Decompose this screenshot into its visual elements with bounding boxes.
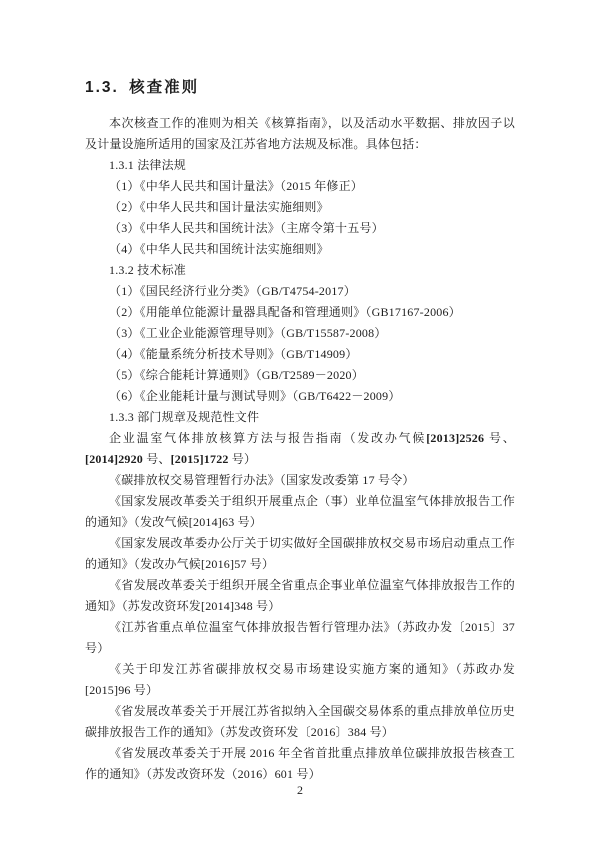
reference-paragraph: 《国家发展改革委关于组织开展重点企（事）业单位温室气体排放报告工作的通知》（发改… <box>85 491 515 533</box>
list-item: （4）《能量系统分析技术导则》（GB/T14909） <box>85 344 515 365</box>
bold-citation: [2013]2526 <box>426 431 484 445</box>
subsection-heading: 1.3.1 法律法规 <box>85 155 515 176</box>
list-item: （3）《工业企业能源管理导则》（GB/T15587-2008） <box>85 323 515 344</box>
list-item: （2）《用能单位能源计量器具配备和管理通则》（GB17167-2006） <box>85 302 515 323</box>
page-title: 1.3. 核查准则 <box>85 77 515 99</box>
bold-citation: [2015]1722 <box>171 452 229 466</box>
list-item: （6）《企业能耗计量与测试导则》（GB/T6422－2009） <box>85 386 515 407</box>
text-run: 号、 <box>484 431 515 445</box>
reference-paragraph: 《省发展改革委关于开展江苏省拟纳入全国碳交易体系的重点排放单位历史碳排放报告工作… <box>85 701 515 743</box>
list-item: （3）《中华人民共和国统计法》（主席令第十五号） <box>85 218 515 239</box>
page-number: 2 <box>0 782 600 798</box>
document-content: 1.3. 核查准则 本次核查工作的准则为相关《核算指南》，以及活动水平数据、排放… <box>85 77 515 785</box>
intro-paragraph: 本次核查工作的准则为相关《核算指南》，以及活动水平数据、排放因子以及计量设施所适… <box>85 113 515 155</box>
document-page: { "page": { "number": "2" }, "colors": {… <box>0 0 600 849</box>
list-item: （2）《中华人民共和国计量法实施细则》 <box>85 197 515 218</box>
subsection-heading: 1.3.2 技术标准 <box>85 260 515 281</box>
text-run: 号、 <box>143 452 171 466</box>
list-item: （4）《中华人民共和国统计法实施细则》 <box>85 239 515 260</box>
reference-paragraph: 《关于印发江苏省碳排放权交易市场建设实施方案的通知》（苏政办发[2015]96 … <box>85 659 515 701</box>
reference-paragraph: 《国家发展改革委办公厅关于切实做好全国碳排放权交易市场启动重点工作的通知》（发改… <box>85 533 515 575</box>
text-run: 企业温室气体排放核算方法与报告指南（发改办气候 <box>109 431 426 445</box>
list-item: （1）《中华人民共和国计量法》（2015 年修正） <box>85 176 515 197</box>
bold-citation: [2014]2920 <box>85 452 143 466</box>
reference-paragraph: 《省发展改革委关于开展 2016 年全省首批重点排放单位碳排放报告核查工作的通知… <box>85 743 515 785</box>
text-run: 号） <box>229 452 257 466</box>
list-item: （5）《综合能耗计算通则》（GB/T2589－2020） <box>85 365 515 386</box>
list-item: （1）《国民经济行业分类》（GB/T4754-2017） <box>85 281 515 302</box>
reference-paragraph: 《碳排放权交易管理暂行办法》（国家发改委第 17 号令） <box>85 470 515 491</box>
subsection-heading: 1.3.3 部门规章及规范性文件 <box>85 407 515 428</box>
reference-paragraph: 《省发展改革委关于组织开展全省重点企事业单位温室气体排放报告工作的通知》（苏发改… <box>85 575 515 617</box>
reference-paragraph: 《江苏省重点单位温室气体排放报告暂行管理办法》（苏政办发〔2015〕37 号） <box>85 617 515 659</box>
sections-container: 1.3.1 法律法规（1）《中华人民共和国计量法》（2015 年修正）（2）《中… <box>85 155 515 785</box>
reference-paragraph: 企业温室气体排放核算方法与报告指南（发改办气候[2013]2526 号、[201… <box>85 428 515 470</box>
